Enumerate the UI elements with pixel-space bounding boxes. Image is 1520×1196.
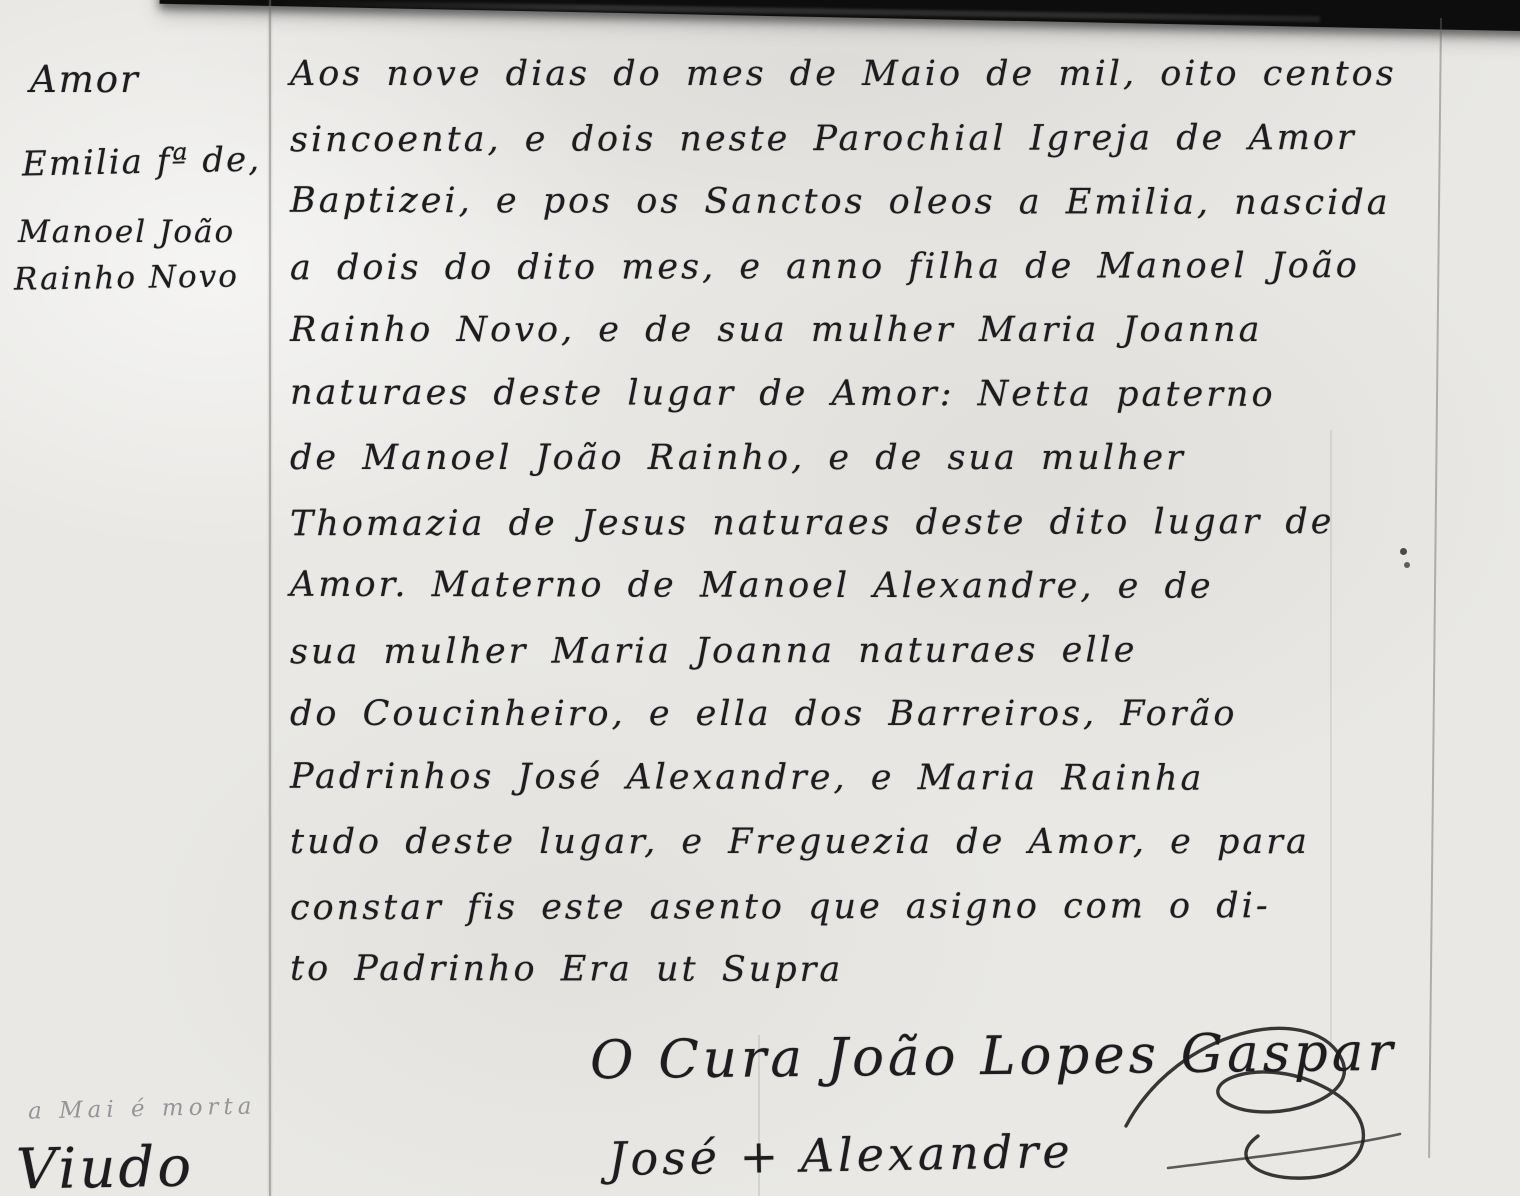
- record-line: to Padrinho Era ut Supra: [290, 949, 1440, 1015]
- margin-place-name: Amor: [30, 58, 140, 101]
- margin-rule-line: [269, 0, 271, 1196]
- record-line: Thomazia de Jesus naturaes deste dito lu…: [290, 502, 1440, 568]
- margin-pencil-annotation: a Mai é morta: [28, 1093, 257, 1124]
- record-line: Rainho Novo, e de sua mulher Maria Joann…: [290, 310, 1440, 374]
- margin-next-entry-note: Viudo: [15, 1134, 194, 1196]
- signature-flourish: [1108, 1008, 1408, 1194]
- record-line: Padrinhos José Alexandre, e Maria Rainha: [290, 757, 1440, 823]
- record-line: do Coucinheiro, e ella dos Barreiros, Fo…: [290, 694, 1440, 758]
- record-line: Baptizei, e pos os Sanctos oleos a Emili…: [290, 181, 1440, 247]
- record-line: tudo deste lugar, e Freguezia de Amor, e…: [290, 822, 1440, 886]
- record-line: naturaes deste lugar de Amor: Netta pate…: [290, 373, 1440, 439]
- record-line: Amor. Materno de Manoel Alexandre, e de: [290, 565, 1440, 631]
- record-line: a dois do dito mes, e anno filha de Mano…: [290, 246, 1440, 312]
- margin-child-name: Emilia fª de,: [22, 140, 262, 185]
- document-page: Amor Emilia fª de, Manoel João Rainho No…: [0, 0, 1520, 1196]
- record-line: de Manoel João Rainho, e de sua mulher: [290, 438, 1440, 502]
- margin-father-name-line2: Rainho Novo: [14, 258, 239, 297]
- record-body-text: Aos nove dias do mes de Maio de mil, oit…: [290, 54, 1440, 1014]
- godparent-signature-with-cross-mark: José + Alexandre: [608, 1124, 1074, 1186]
- margin-father-name-line1: Manoel João: [18, 214, 235, 250]
- record-line: Aos nove dias do mes de Maio de mil, oit…: [290, 54, 1440, 118]
- record-line: sua mulher Maria Joanna naturaes elle: [290, 630, 1440, 696]
- record-line: sincoenta, e dois neste Parochial Igreja…: [290, 118, 1440, 184]
- record-line: constar fis este asento que asigno com o…: [290, 886, 1440, 952]
